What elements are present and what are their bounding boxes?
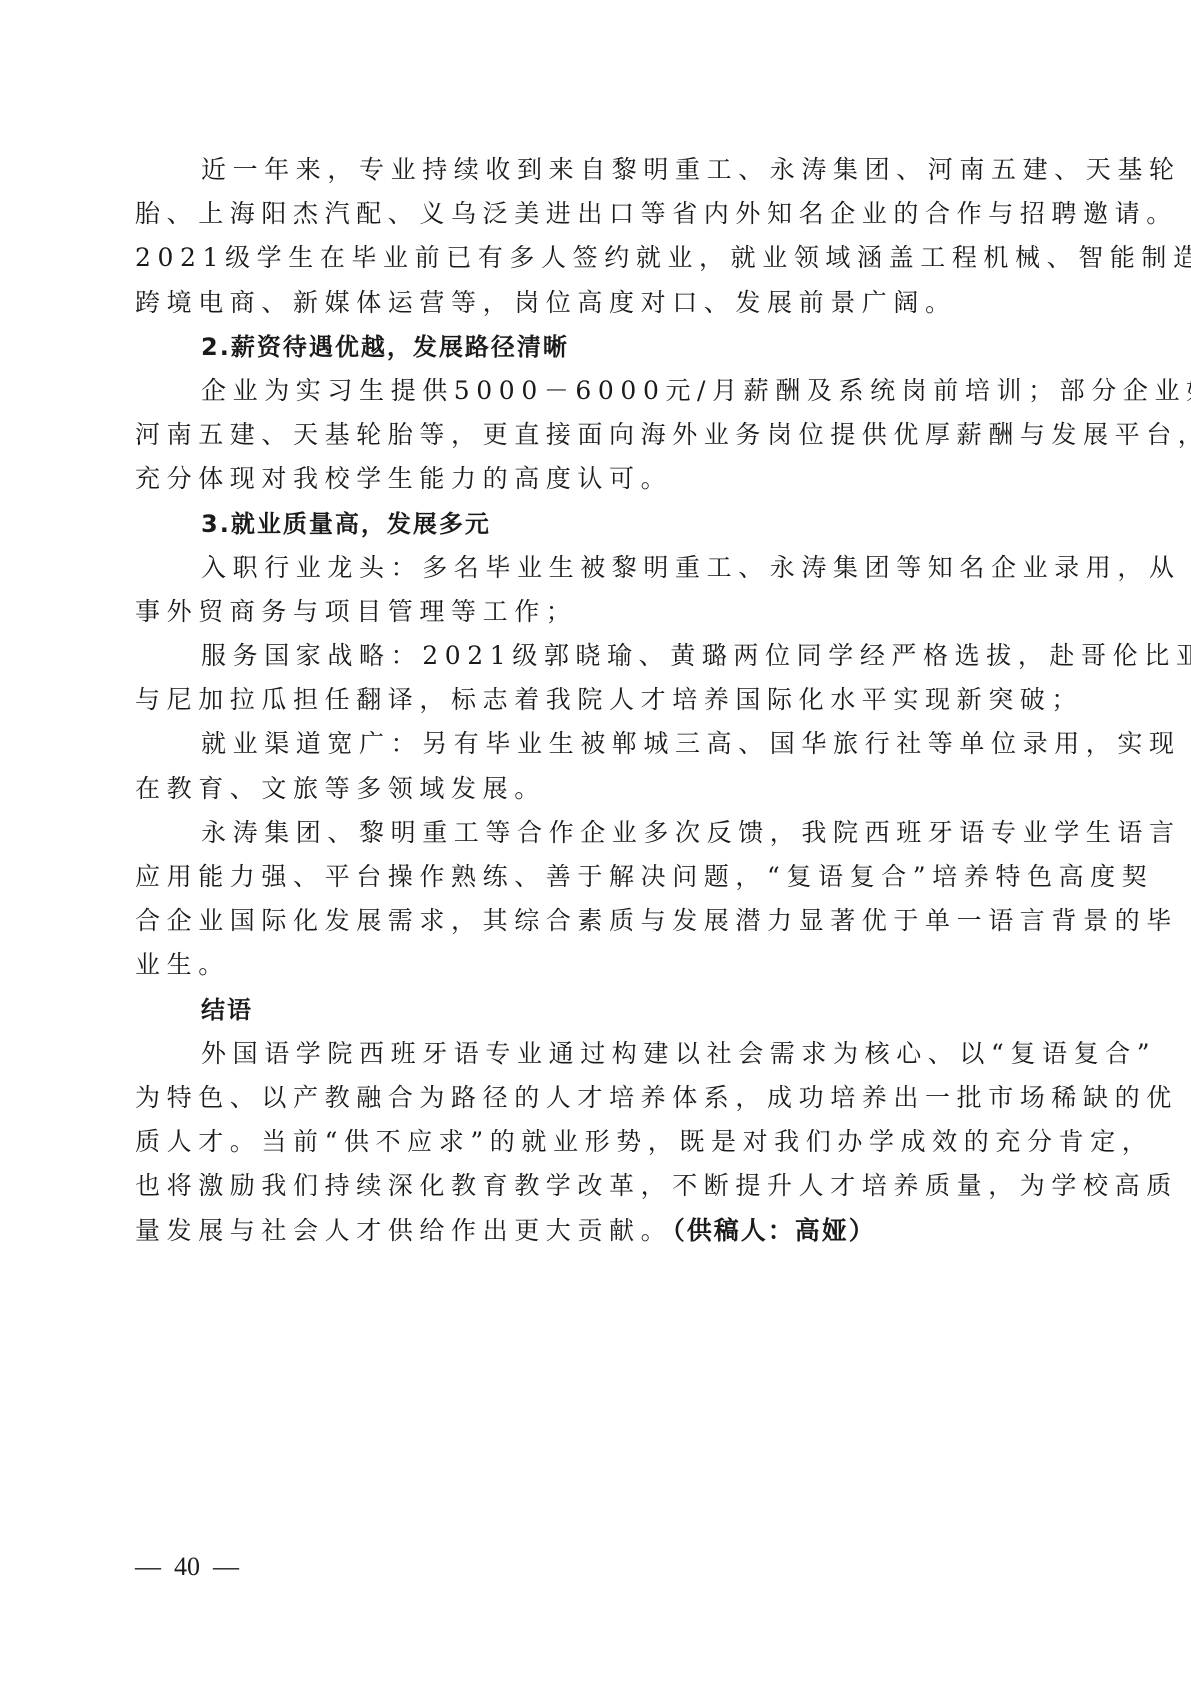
paragraph-line: 近一年来，专业持续收到来自黎明重工、永涛集团、河南五建、天基轮 — [135, 148, 1057, 192]
paragraph-line: 跨境电商、新媒体运营等，岗位高度对口、发展前景广阔。 — [135, 281, 1057, 325]
paragraph-line-text: 量发展与社会人才供给作出更大贡献。 — [135, 1216, 672, 1245]
paragraph-line: 充分体现对我校学生能力的高度认可。 — [135, 457, 1057, 501]
paragraph-line: 事外贸商务与项目管理等工作； — [135, 590, 1057, 634]
document-page: 近一年来，专业持续收到来自黎明重工、永涛集团、河南五建、天基轮 胎、上海阳杰汽配… — [0, 0, 1191, 1684]
paragraph-line: 就业渠道宽广：另有毕业生被郸城三高、国华旅行社等单位录用，实现 — [135, 722, 1057, 766]
paragraph-line: 企业为实习生提供5000－6000元/月薪酬及系统岗前培训；部分企业如 — [135, 369, 1057, 413]
paragraph-line: 2021级学生在毕业前已有多人签约就业，就业领域涵盖工程机械、智能制造、 — [135, 236, 1057, 280]
article-body: 近一年来，专业持续收到来自黎明重工、永涛集团、河南五建、天基轮 胎、上海阳杰汽配… — [135, 148, 1057, 1253]
paragraph-line: 与尼加拉瓜担任翻译，标志着我院人才培养国际化水平实现新突破； — [135, 678, 1057, 722]
paragraph-line: 外国语学院西班牙语专业通过构建以社会需求为核心、以“复语复合” — [135, 1032, 1057, 1076]
paragraph-line: 胎、上海阳杰汽配、义乌泛美进出口等省内外知名企业的合作与招聘邀请。 — [135, 192, 1057, 236]
paragraph-line: 业生。 — [135, 943, 1057, 987]
paragraph-line: 合企业国际化发展需求，其综合素质与发展潜力显著优于单一语言背景的毕 — [135, 899, 1057, 943]
paragraph-line: 服务国家战略：2021级郭晓瑜、黄璐两位同学经严格选拔，赴哥伦比亚 — [135, 634, 1057, 678]
paragraph-line: 也将激励我们持续深化教育教学改革，不断提升人才培养质量，为学校高质 — [135, 1164, 1057, 1208]
paragraph-line: 为特色、以产教融合为路径的人才培养体系，成功培养出一批市场稀缺的优 — [135, 1076, 1057, 1120]
paragraph-line-with-byline: 量发展与社会人才供给作出更大贡献。（供稿人：高娅） — [135, 1209, 1057, 1253]
contributor-byline: （供稿人：高娅） — [672, 1216, 876, 1245]
section-heading-salary: 2.薪资待遇优越，发展路径清晰 — [135, 325, 1057, 369]
page-number: — 40 — — [135, 1550, 239, 1584]
paragraph-line: 河南五建、天基轮胎等，更直接面向海外业务岗位提供优厚薪酬与发展平台， — [135, 413, 1057, 457]
section-heading-conclusion: 结语 — [135, 988, 1057, 1032]
paragraph-line: 永涛集团、黎明重工等合作企业多次反馈，我院西班牙语专业学生语言 — [135, 811, 1057, 855]
paragraph-line: 应用能力强、平台操作熟练、善于解决问题，“复语复合”培养特色高度契 — [135, 855, 1057, 899]
paragraph-line: 在教育、文旅等多领域发展。 — [135, 767, 1057, 811]
paragraph-line: 质人才。当前“供不应求”的就业形势，既是对我们办学成效的充分肯定， — [135, 1120, 1057, 1164]
section-heading-employment-quality: 3.就业质量高，发展多元 — [135, 502, 1057, 546]
paragraph-line: 入职行业龙头：多名毕业生被黎明重工、永涛集团等知名企业录用，从 — [135, 546, 1057, 590]
